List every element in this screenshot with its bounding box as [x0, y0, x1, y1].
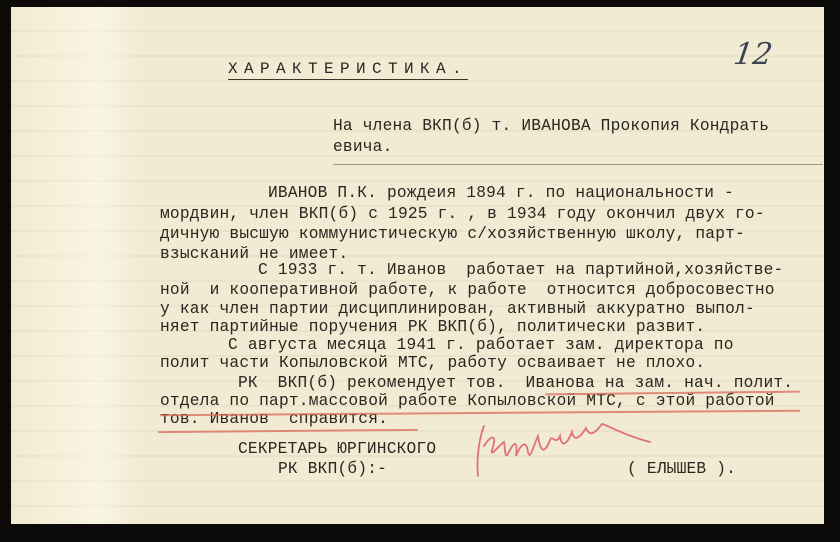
signatory-name: ( ЕЛЫШЕВ ).: [627, 460, 736, 478]
signatory-position-1: СЕКРЕТАРЬ ЮРГИНСКОГО: [238, 440, 436, 458]
divider-line: [333, 164, 823, 165]
para3-line2: отдела по парт.массовой работе Копыловск…: [160, 392, 775, 410]
para2-line2: ной и кооперативной работе, к работе отн…: [160, 281, 775, 299]
para3-line1: РК ВКП(б) рекомендует тов. Иванова на за…: [238, 374, 793, 392]
para2-line1: С 1933 г. т. Иванов работает на партийно…: [258, 261, 783, 279]
para1-line1: ИВАНОВ П.К. рождеия 1894 г. по националь…: [268, 184, 734, 202]
page-number: 12: [732, 37, 775, 72]
subject-line-2: евича.: [333, 138, 393, 156]
document-title: ХАРАКТЕРИСТИКА.: [228, 60, 468, 80]
para1-line3: дичную высшую коммунистическую с/хозяйст…: [160, 225, 745, 243]
para2-line5: С августа месяца 1941 г. работает зам. д…: [228, 336, 734, 354]
para1-line2: мордвин, член ВКП(б) с 1925 г. , в 1934 …: [160, 205, 765, 223]
para2-line6: полит части Копыловской МТС, работу осва…: [160, 354, 705, 372]
subject-line-1: На члена ВКП(б) т. ИВАНОВА Прокопия Конд…: [333, 117, 769, 135]
para2-line4: няет партийные поручения РК ВКП(б), поли…: [160, 318, 705, 336]
para2-line3: у как член партии дисциплинирован, актив…: [160, 300, 755, 318]
signatory-position-2: РК ВКП(б):-: [278, 460, 387, 478]
